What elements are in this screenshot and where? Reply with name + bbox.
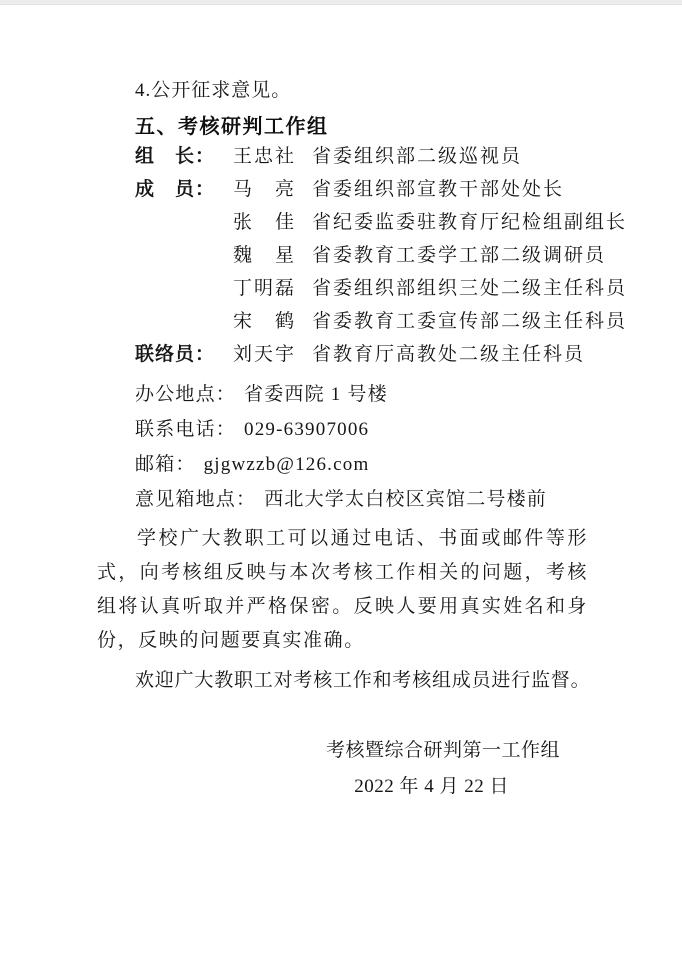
role-row-leader: 组 长： 王忠社 省委组织部二级巡视员	[97, 140, 617, 173]
section-heading: 五、考核研判工作组	[97, 110, 626, 144]
person-name: 丁明磊	[233, 272, 312, 305]
person-title: 省教育厅高教处二级主任科员	[312, 338, 617, 371]
numbered-list-item: 4.公开征求意见。	[97, 74, 626, 108]
person-title: 省委组织部宣教干部处处长	[312, 173, 617, 206]
contact-row-phone: 联系电话：029-63907006	[97, 412, 617, 447]
person-name: 张 佳	[233, 206, 312, 239]
contact-row-office: 办公地点：省委西院 1 号楼	[97, 377, 617, 412]
contact-value: gjgwzzb@126.com	[204, 454, 370, 475]
role-row-member: 张 佳 省纪委监委驻教育厅纪检组副组长	[97, 206, 617, 239]
contact-label: 意见箱地点：	[135, 489, 256, 510]
person-name: 王忠社	[233, 140, 312, 173]
role-label	[135, 305, 233, 338]
role-row-liaison: 联络员： 刘天宇 省教育厅高教处二级主任科员	[97, 338, 617, 371]
body-paragraph: 学校广大教职工可以通过电话、书面或邮件等形式，向考核组反映与本次考核工作相关的问…	[97, 522, 588, 658]
role-row-member: 成 员： 马 亮 省委组织部宣教干部处处长	[97, 173, 617, 206]
contact-value: 029-63907006	[244, 419, 369, 440]
role-row-member: 丁明磊 省委组织部组织三处二级主任科员	[97, 272, 617, 305]
contact-label: 联系电话：	[135, 419, 236, 440]
role-label	[135, 272, 233, 305]
contact-label: 邮箱：	[135, 454, 196, 475]
person-title: 省委组织部二级巡视员	[312, 140, 617, 173]
person-name: 马 亮	[233, 173, 312, 206]
page-top-edge	[0, 0, 682, 5]
person-title: 省委组织部组织三处二级主任科员	[312, 272, 627, 305]
closing-line: 欢迎广大教职工对考核工作和考核组成员进行监督。	[97, 664, 626, 698]
contact-value: 西北大学太白校区宾馆二号楼前	[264, 489, 547, 510]
role-label: 联络员：	[135, 338, 233, 371]
person-title: 省纪委监委驻教育厅纪检组副组长	[312, 206, 627, 239]
date-line: 2022 年 4 月 22 日	[97, 770, 509, 804]
contact-label: 办公地点：	[135, 384, 236, 405]
contact-row-email: 邮箱：gjgwzzb@126.com	[97, 447, 617, 482]
roles-list: 组 长： 王忠社 省委组织部二级巡视员 成 员： 马 亮 省委组织部宣教干部处处…	[97, 140, 617, 371]
signature-line: 考核暨综合研判第一工作组	[97, 734, 560, 768]
document-page: 4.公开征求意见。 五、考核研判工作组 组 长： 王忠社 省委组织部二级巡视员 …	[0, 0, 682, 954]
role-label: 组 长：	[135, 140, 233, 173]
role-label	[135, 206, 233, 239]
person-name: 刘天宇	[233, 338, 312, 371]
contact-info-list: 办公地点：省委西院 1 号楼 联系电话：029-63907006 邮箱：gjgw…	[97, 377, 617, 517]
person-name: 宋 鹤	[233, 305, 312, 338]
contact-value: 省委西院 1 号楼	[244, 384, 388, 405]
role-row-member: 宋 鹤 省委教育工委宣传部二级主任科员	[97, 305, 617, 338]
person-name: 魏 星	[233, 239, 312, 272]
person-title: 省委教育工委学工部二级调研员	[312, 239, 617, 272]
person-title: 省委教育工委宣传部二级主任科员	[312, 305, 627, 338]
role-label	[135, 239, 233, 272]
role-row-member: 魏 星 省委教育工委学工部二级调研员	[97, 239, 617, 272]
contact-row-suggestion-box: 意见箱地点：西北大学太白校区宾馆二号楼前	[97, 482, 617, 517]
role-label: 成 员：	[135, 173, 233, 206]
